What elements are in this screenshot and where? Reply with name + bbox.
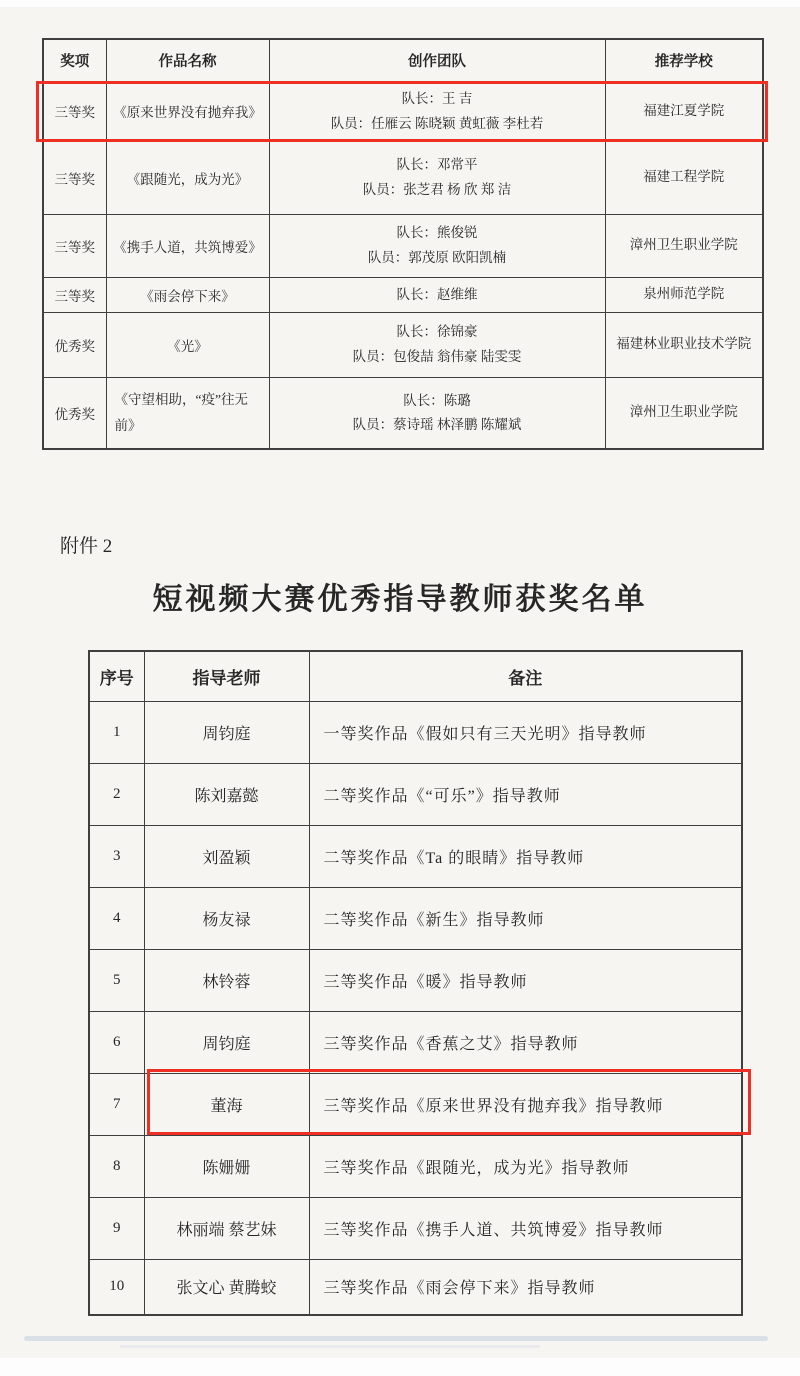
award-cell: 三等奖 bbox=[43, 81, 106, 141]
table-row: 8 陈姗姗 三等奖作品《跟随光，成为光》指导教师 bbox=[89, 1135, 742, 1197]
work-cell: 《雨会停下来》 bbox=[106, 277, 269, 312]
note-cell: 三等奖作品《携手人道、共筑博爱》指导教师 bbox=[309, 1197, 742, 1259]
note-cell: 三等奖作品《暖》指导教师 bbox=[309, 949, 742, 1011]
table-row: 10 张文心 黄腾蛟 三等奖作品《雨会停下来》指导教师 bbox=[89, 1259, 742, 1315]
no-cell: 10 bbox=[89, 1259, 144, 1315]
no-cell: 6 bbox=[89, 1011, 144, 1073]
teacher-cell: 陈姗姗 bbox=[144, 1135, 309, 1197]
team-members: 队员：蔡诗瑶 林泽鹏 陈耀斌 bbox=[274, 417, 601, 433]
team-leader: 队长：王 吉 bbox=[274, 91, 601, 107]
awards-header-team: 创作团队 bbox=[269, 39, 605, 81]
table-row: 9 林丽端 蔡艺妹 三等奖作品《携手人道、共筑博爱》指导教师 bbox=[89, 1197, 742, 1259]
table-row: 5 林铃蓉 三等奖作品《暖》指导教师 bbox=[89, 949, 742, 1011]
note-cell: 二等奖作品《Ta 的眼睛》指导教师 bbox=[309, 825, 742, 887]
no-cell: 7 bbox=[89, 1073, 144, 1135]
teacher-cell: 周钧庭 bbox=[144, 1011, 309, 1073]
no-cell: 9 bbox=[89, 1197, 144, 1259]
no-cell: 3 bbox=[89, 825, 144, 887]
scan-smudge-line-faint bbox=[120, 1345, 540, 1348]
note-cell: 三等奖作品《雨会停下来》指导教师 bbox=[309, 1259, 742, 1315]
work-cell: 《原来世界没有抛弃我》 bbox=[106, 81, 269, 141]
table-row: 三等奖 《携手人道，共筑博爱》 队长：熊俊锐 队员：郭茂原 欧阳凯楠 漳州卫生职… bbox=[43, 214, 763, 277]
work-cell: 《守望相助，“疫”往无前》 bbox=[106, 377, 269, 449]
teacher-cell: 刘盈颖 bbox=[144, 825, 309, 887]
award-cell: 优秀奖 bbox=[43, 312, 106, 377]
no-cell: 8 bbox=[89, 1135, 144, 1197]
table-row: 优秀奖 《守望相助，“疫”往无前》 队长：陈璐 队员：蔡诗瑶 林泽鹏 陈耀斌 漳… bbox=[43, 377, 763, 449]
teacher-cell: 林丽端 蔡艺妹 bbox=[144, 1197, 309, 1259]
school-cell: 漳州卫生职业学院 bbox=[605, 214, 763, 277]
teacher-cell: 林铃蓉 bbox=[144, 949, 309, 1011]
page-bottom-margin bbox=[0, 1358, 800, 1376]
no-cell: 2 bbox=[89, 763, 144, 825]
work-cell: 《携手人道，共筑博爱》 bbox=[106, 214, 269, 277]
team-members: 队员：包俊喆 翁伟豪 陆雯雯 bbox=[274, 349, 601, 365]
note-cell: 三等奖作品《香蕉之艾》指导教师 bbox=[309, 1011, 742, 1073]
award-cell: 三等奖 bbox=[43, 214, 106, 277]
team-cell: 队长：徐锦豪 队员：包俊喆 翁伟豪 陆雯雯 bbox=[269, 312, 605, 377]
team-members: 队员：任雁云 陈晓颖 黄虹薇 李杜若 bbox=[274, 116, 601, 132]
note-cell: 三等奖作品《原来世界没有抛弃我》指导教师 bbox=[309, 1073, 742, 1135]
table-row: 6 周钧庭 三等奖作品《香蕉之艾》指导教师 bbox=[89, 1011, 742, 1073]
teachers-header-note: 备注 bbox=[309, 651, 742, 701]
award-cell: 优秀奖 bbox=[43, 377, 106, 449]
no-cell: 4 bbox=[89, 887, 144, 949]
team-cell: 队长：邓常平 队员：张芝君 杨 欣 郑 洁 bbox=[269, 141, 605, 214]
work-cell: 《光》 bbox=[106, 312, 269, 377]
team-leader: 队长：陈璐 bbox=[274, 393, 601, 409]
note-cell: 二等奖作品《新生》指导教师 bbox=[309, 887, 742, 949]
table-row: 三等奖 《雨会停下来》 队长：赵维维 泉州师范学院 bbox=[43, 277, 763, 312]
work-cell: 《跟随光，成为光》 bbox=[106, 141, 269, 214]
team-members: 队员：郭茂原 欧阳凯楠 bbox=[274, 250, 601, 266]
teacher-cell: 陈刘嘉懿 bbox=[144, 763, 309, 825]
school-cell: 福建工程学院 bbox=[605, 141, 763, 214]
teachers-table: 序号 指导老师 备注 1 周钧庭 一等奖作品《假如只有三天光明》指导教师 2 陈… bbox=[88, 650, 743, 1316]
team-cell: 队长：赵维维 bbox=[269, 277, 605, 312]
team-leader: 队长：赵维维 bbox=[274, 287, 601, 303]
note-cell: 一等奖作品《假如只有三天光明》指导教师 bbox=[309, 701, 742, 763]
table-row: 7 董海 三等奖作品《原来世界没有抛弃我》指导教师 bbox=[89, 1073, 742, 1135]
awards-table: 奖项 作品名称 创作团队 推荐学校 三等奖 《原来世界没有抛弃我》 队长：王 吉… bbox=[42, 38, 764, 450]
school-cell: 漳州卫生职业学院 bbox=[605, 377, 763, 449]
team-members: 队员：张芝君 杨 欣 郑 洁 bbox=[274, 182, 601, 198]
team-leader: 队长：熊俊锐 bbox=[274, 225, 601, 241]
teachers-header-teacher: 指导老师 bbox=[144, 651, 309, 701]
teachers-header-no: 序号 bbox=[89, 651, 144, 701]
team-cell: 队长：陈璐 队员：蔡诗瑶 林泽鹏 陈耀斌 bbox=[269, 377, 605, 449]
teacher-cell: 张文心 黄腾蛟 bbox=[144, 1259, 309, 1315]
team-cell: 队长：熊俊锐 队员：郭茂原 欧阳凯楠 bbox=[269, 214, 605, 277]
school-cell: 福建江夏学院 bbox=[605, 81, 763, 141]
table-row: 4 杨友禄 二等奖作品《新生》指导教师 bbox=[89, 887, 742, 949]
team-cell: 队长：王 吉 队员：任雁云 陈晓颖 黄虹薇 李杜若 bbox=[269, 81, 605, 141]
team-leader: 队长：邓常平 bbox=[274, 157, 601, 173]
award-cell: 三等奖 bbox=[43, 141, 106, 214]
awards-header-row: 奖项 作品名称 创作团队 推荐学校 bbox=[43, 39, 763, 81]
table-row: 优秀奖 《光》 队长：徐锦豪 队员：包俊喆 翁伟豪 陆雯雯 福建林业职业技术学院 bbox=[43, 312, 763, 377]
awards-header-work: 作品名称 bbox=[106, 39, 269, 81]
teacher-cell: 周钧庭 bbox=[144, 701, 309, 763]
no-cell: 5 bbox=[89, 949, 144, 1011]
table-row: 三等奖 《原来世界没有抛弃我》 队长：王 吉 队员：任雁云 陈晓颖 黄虹薇 李杜… bbox=[43, 81, 763, 141]
school-cell: 福建林业职业技术学院 bbox=[605, 312, 763, 377]
teacher-cell: 董海 bbox=[144, 1073, 309, 1135]
attachment-label: 附件 2 bbox=[60, 531, 112, 558]
school-cell: 泉州师范学院 bbox=[605, 277, 763, 312]
award-cell: 三等奖 bbox=[43, 277, 106, 312]
scan-smudge-line bbox=[24, 1336, 768, 1341]
table-row: 3 刘盈颖 二等奖作品《Ta 的眼睛》指导教师 bbox=[89, 825, 742, 887]
note-cell: 三等奖作品《跟随光，成为光》指导教师 bbox=[309, 1135, 742, 1197]
teacher-cell: 杨友禄 bbox=[144, 887, 309, 949]
team-leader: 队长：徐锦豪 bbox=[274, 324, 601, 340]
no-cell: 1 bbox=[89, 701, 144, 763]
teachers-header-row: 序号 指导老师 备注 bbox=[89, 651, 742, 701]
awards-header-school: 推荐学校 bbox=[605, 39, 763, 81]
table-row: 2 陈刘嘉懿 二等奖作品《“可乐”》指导教师 bbox=[89, 763, 742, 825]
page-top-margin bbox=[0, 0, 800, 7]
table-row: 三等奖 《跟随光，成为光》 队长：邓常平 队员：张芝君 杨 欣 郑 洁 福建工程… bbox=[43, 141, 763, 214]
table-row: 1 周钧庭 一等奖作品《假如只有三天光明》指导教师 bbox=[89, 701, 742, 763]
awards-header-award: 奖项 bbox=[43, 39, 106, 81]
page-title: 短视频大赛优秀指导教师获奖名单 bbox=[0, 574, 800, 618]
note-cell: 二等奖作品《“可乐”》指导教师 bbox=[309, 763, 742, 825]
